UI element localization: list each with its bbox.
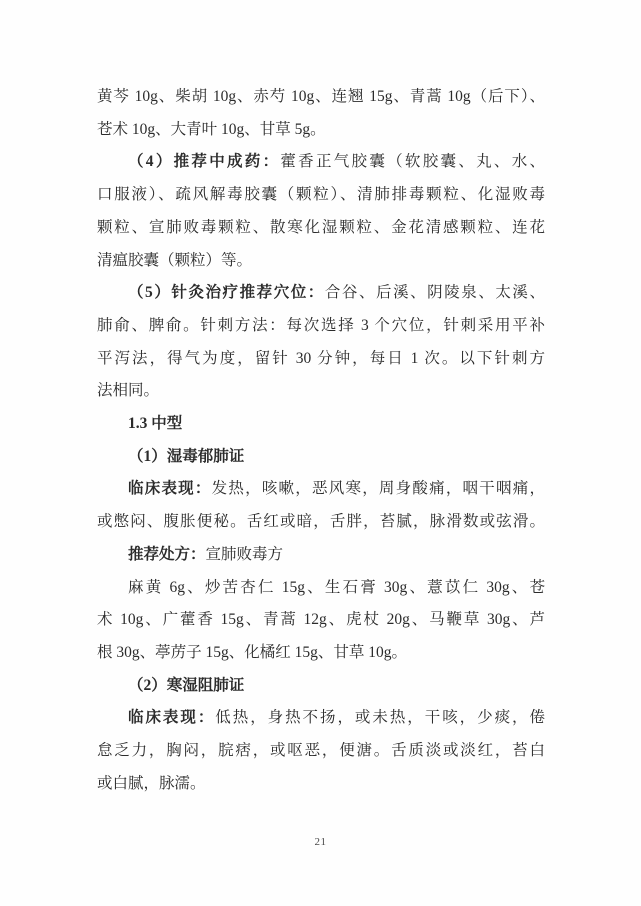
text-segment: 平泻法，得气为度，留针 30 分钟，每日 1 次。以下针刺方 <box>97 350 545 367</box>
text-segment: 黄芩 10g、柴胡 10g、赤芍 10g、连翘 15g、青蒿 10g（后下）、 <box>97 88 545 105</box>
line-acupuncture-1: （5）针灸治疗推荐穴位：合谷、后溪、阴陵泉、太溪、 <box>97 277 545 310</box>
line-heading-syndrome-1: （1）湿毒郁肺证 <box>97 441 545 474</box>
line-clinical-1: 临床表现：发热，咳嗽，恶风寒，周身酸痛，咽干咽痛， <box>97 473 545 506</box>
text-segment: 或白腻，脉濡。 <box>97 775 206 792</box>
line-clinical2-1: 临床表现：低热，身热不扬，或未热，干咳，少痰，倦 <box>97 702 545 735</box>
text-segment: 法相同。 <box>97 382 159 399</box>
text-segment: 清瘟胶囊（颗粒）等。 <box>97 252 252 269</box>
line-acupuncture-4: 法相同。 <box>97 375 545 408</box>
text-segment: 术 10g、广藿香 15g、青蒿 12g、虎杖 20g、马鞭草 30g、芦 <box>97 611 545 628</box>
bold-text-segment: （5）针灸治疗推荐穴位： <box>128 284 325 301</box>
bold-text-segment: 1.3 中型 <box>128 415 182 432</box>
text-segment: 低热，身热不扬，或未热，干咳，少痰，倦 <box>215 709 545 726</box>
bold-text-segment: 推荐处方： <box>128 546 206 563</box>
line-clinical2-3: 或白腻，脉濡。 <box>97 768 545 801</box>
line-clinical2-2: 怠乏力，胸闷，脘痞，或呕恶，便溏。舌质淡或淡红，苔白 <box>97 735 545 768</box>
line-prescription-cont-2: 苍术 10g、大青叶 10g、甘草 5g。 <box>97 114 545 147</box>
line-recommended-rx: 推荐处方：宣肺败毒方 <box>97 539 545 572</box>
bold-text-segment: （4）推荐中成药： <box>128 153 280 170</box>
text-segment: 根 30g、葶苈子 15g、化橘红 15g、甘草 10g。 <box>97 644 407 661</box>
line-patent-drugs-1: （4）推荐中成药：藿香正气胶囊（软胶囊、丸、水、 <box>97 146 545 179</box>
text-segment: 苍术 10g、大青叶 10g、甘草 5g。 <box>97 121 326 138</box>
line-patent-drugs-2: 口服液）、疏风解毒胶囊（颗粒）、清肺排毒颗粒、化湿败毒 <box>97 179 545 212</box>
text-segment: 颗粒、宣肺败毒颗粒、散寒化湿颗粒、金花清感颗粒、连花 <box>97 219 545 236</box>
line-patent-drugs-4: 清瘟胶囊（颗粒）等。 <box>97 245 545 278</box>
line-heading-1-3: 1.3 中型 <box>97 408 545 441</box>
line-acupuncture-2: 肺俞、脾俞。针刺方法：每次选择 3 个穴位，针刺采用平补 <box>97 310 545 343</box>
text-segment: 合谷、后溪、阴陵泉、太溪、 <box>325 284 545 301</box>
page-number: 21 <box>0 836 641 848</box>
line-acupuncture-3: 平泻法，得气为度，留针 30 分钟，每日 1 次。以下针刺方 <box>97 343 545 376</box>
text-segment: 麻黄 6g、炒苦杏仁 15g、生石膏 30g、薏苡仁 30g、苍 <box>128 579 545 596</box>
text-segment: 口服液）、疏风解毒胶囊（颗粒）、清肺排毒颗粒、化湿败毒 <box>97 186 545 203</box>
line-heading-syndrome-2: （2）寒湿阻肺证 <box>97 670 545 703</box>
bold-text-segment: （2）寒湿阻肺证 <box>128 677 244 694</box>
bold-text-segment: （1）湿毒郁肺证 <box>128 448 244 465</box>
text-segment: 肺俞、脾俞。针刺方法：每次选择 3 个穴位，针刺采用平补 <box>97 317 545 334</box>
text-segment: 怠乏力，胸闷，脘痞，或呕恶，便溏。舌质淡或淡红，苔白 <box>97 742 545 759</box>
line-herbs-1: 麻黄 6g、炒苦杏仁 15g、生石膏 30g、薏苡仁 30g、苍 <box>97 572 545 605</box>
text-segment: 藿香正气胶囊（软胶囊、丸、水、 <box>280 153 545 170</box>
line-herbs-3: 根 30g、葶苈子 15g、化橘红 15g、甘草 10g。 <box>97 637 545 670</box>
document-page: 黄芩 10g、柴胡 10g、赤芍 10g、连翘 15g、青蒿 10g（后下）、苍… <box>0 0 641 906</box>
bold-text-segment: 临床表现： <box>128 709 215 726</box>
line-herbs-2: 术 10g、广藿香 15g、青蒿 12g、虎杖 20g、马鞭草 30g、芦 <box>97 604 545 637</box>
text-segment: 或憋闷、腹胀便秘。舌红或暗，舌胖，苔腻，脉滑数或弦滑。 <box>97 513 545 530</box>
line-clinical-2: 或憋闷、腹胀便秘。舌红或暗，舌胖，苔腻，脉滑数或弦滑。 <box>97 506 545 539</box>
line-prescription-cont-1: 黄芩 10g、柴胡 10g、赤芍 10g、连翘 15g、青蒿 10g（后下）、 <box>97 81 545 114</box>
text-segment: 宣肺败毒方 <box>206 546 284 563</box>
line-patent-drugs-3: 颗粒、宣肺败毒颗粒、散寒化湿颗粒、金花清感颗粒、连花 <box>97 212 545 245</box>
bold-text-segment: 临床表现： <box>128 480 212 497</box>
text-segment: 发热，咳嗽，恶风寒，周身酸痛，咽干咽痛， <box>212 480 545 497</box>
document-body: 黄芩 10g、柴胡 10g、赤芍 10g、连翘 15g、青蒿 10g（后下）、苍… <box>97 81 545 800</box>
